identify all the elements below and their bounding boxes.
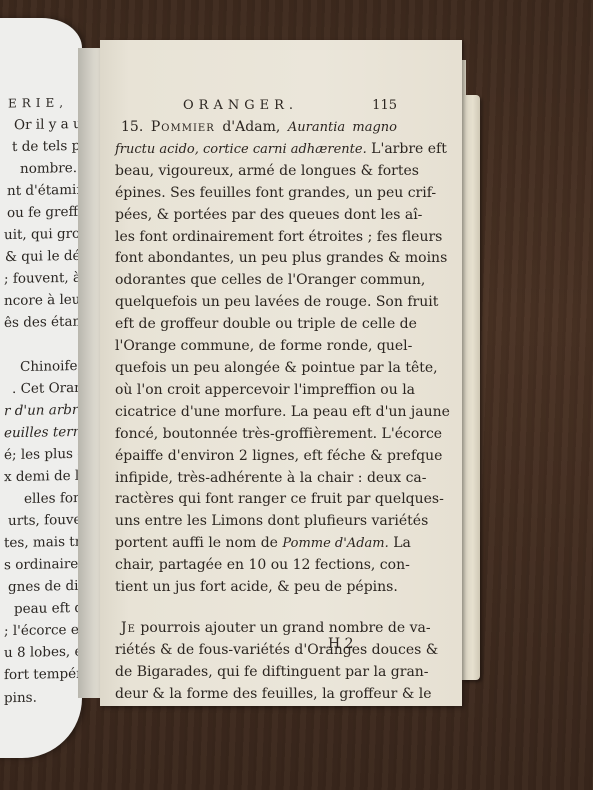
body-text: 15. Pommier d'Adam, Aurantia magno fruct…	[115, 117, 397, 706]
text-line: riétés & de fous-variétés d'Oranges douc…	[115, 640, 397, 662]
left-page-line: r d'un arbriffeau, d	[4, 401, 82, 419]
left-page-line: ; l'écorce eft mince	[4, 621, 82, 639]
left-page-line: x demi de longueur	[4, 467, 82, 485]
signature-mark: H 2	[328, 636, 354, 652]
drop-word: Je	[121, 620, 136, 636]
text-line: pées, & portées par des queues dont les …	[115, 205, 397, 227]
left-page: ERIE, Or il y a une variété t de tels pl…	[0, 18, 82, 758]
left-page-line: ncore à leur extr	[4, 291, 82, 309]
text-line: foncé, boutonnée très-groffièrement. L'é…	[115, 424, 397, 446]
text-span: La	[389, 535, 411, 551]
left-page-line: u 8 lobes, eft ass	[4, 643, 82, 661]
text-line: 15. Pommier d'Adam, Aurantia magno	[115, 117, 397, 139]
text-line: eft de groffeur double ou triple de cell…	[115, 314, 397, 336]
text-line: quefois un peu alongée & pointue par la …	[115, 358, 397, 380]
text-line: uns entre les Limons dont plufieurs vari…	[115, 511, 397, 533]
text-span: pourrois ajouter un grand nombre de va-	[136, 620, 431, 636]
right-page: ORANGER. 115 15. Pommier d'Adam, Auranti…	[100, 40, 462, 706]
page-number: 115	[372, 98, 397, 113]
text-line: Je pourrois ajouter un grand nombre de v…	[115, 618, 397, 640]
running-header: ORANGER. 115	[115, 98, 397, 118]
text-line: où l'on croit appercevoir l'impreffion o…	[115, 380, 397, 402]
left-page-line: ou fe greffent & fe	[7, 203, 82, 221]
text-span: L'arbre eft	[367, 141, 447, 157]
text-span: d'Adam,	[215, 119, 288, 135]
left-page-line: pins.	[4, 690, 37, 707]
text-line: chair, partagée en 10 ou 12 fections, co…	[115, 555, 397, 577]
latin-name: Aurantia magno	[288, 120, 397, 135]
left-page-line: urts, fouvent fans	[8, 511, 82, 529]
page-edges	[462, 95, 480, 680]
left-page-line: fort tempéré. On l	[4, 665, 82, 683]
left-page-line: & qui le défigurent	[5, 247, 82, 265]
left-page-line: ; fouvent, à la ma	[4, 269, 82, 287]
running-header-title: ORANGER.	[183, 98, 298, 113]
text-line: beau, vigoureux, armé de longues & forte…	[115, 161, 397, 183]
latin-name: fructu acido, cortice carni adhærente.	[115, 142, 367, 157]
left-page-line: t de tels plus com	[12, 137, 82, 155]
left-page-line: é; les plus grandes	[4, 445, 82, 463]
text-line: les font ordinairement fort étroites ; f…	[115, 227, 397, 249]
text-line: font abondantes, un peu plus grandes & m…	[115, 248, 397, 270]
left-page-line: peau eft d'un jaune	[14, 599, 82, 617]
paragraph-varieties: Je pourrois ajouter un grand nombre de v…	[115, 618, 397, 706]
text-line: fructu acido, cortice carni adhærente. L…	[115, 139, 397, 161]
left-page-line: Chinoife, Auranti	[20, 357, 82, 375]
entry-name: Pommier	[151, 119, 215, 135]
paragraph-pommier-adam: 15. Pommier d'Adam, Aurantia magno fruct…	[115, 117, 397, 599]
left-page-line: euilles terminées en	[4, 423, 82, 441]
text-line: épines. Ses feuilles font grandes, un pe…	[115, 183, 397, 205]
text-line: ractères qui font ranger ce fruit par qu…	[115, 489, 397, 511]
paragraph-gap	[115, 599, 397, 618]
text-line: cicatrice d'une morfure. La peau eft d'u…	[115, 402, 397, 424]
text-line: portent auffi le nom de Pomme d'Adam. La	[115, 533, 397, 555]
text-line: quelquefois un peu lavées de rouge. Son …	[115, 292, 397, 314]
text-line: de Bigarades, qui fe diftinguent par la …	[115, 662, 397, 684]
text-line: infipide, très-adhérente à la chair : de…	[115, 468, 397, 490]
text-span: portent auffi le nom de	[115, 535, 282, 551]
text-line: tient un jus fort acide, & peu de pépins…	[115, 577, 397, 599]
left-page-line: s ordinairement fphé	[4, 555, 82, 574]
left-page-line: elles font portées	[24, 489, 82, 507]
text-line: odorantes que celles de l'Oranger commun…	[115, 270, 397, 292]
left-page-line: . Cet Oranger, qu	[12, 379, 82, 397]
text-line: épaiffe d'environ 2 lignes, eft féche & …	[115, 446, 397, 468]
left-page-line: ERIE,	[8, 95, 68, 110]
left-page-line: nt d'étamines, dont	[7, 181, 82, 199]
left-page-line: gnes de diamètre la	[8, 577, 82, 595]
text-line: l'Orange commune, de forme ronde, quel-	[115, 336, 397, 358]
entry-number: 15.	[115, 119, 143, 135]
left-page-line: Or il y a une variété	[14, 115, 82, 133]
left-page-line: ês des étamines.	[4, 313, 82, 331]
fruit-name: Pomme d'Adam.	[282, 536, 388, 551]
text-line: deur & la forme des feuilles, la groffeu…	[115, 684, 397, 706]
left-page-line: tes, mais très-nom	[4, 533, 82, 551]
left-page-line: uit, qui groffiffent	[4, 225, 82, 243]
left-page-line: nombre. Au refte	[20, 159, 82, 177]
